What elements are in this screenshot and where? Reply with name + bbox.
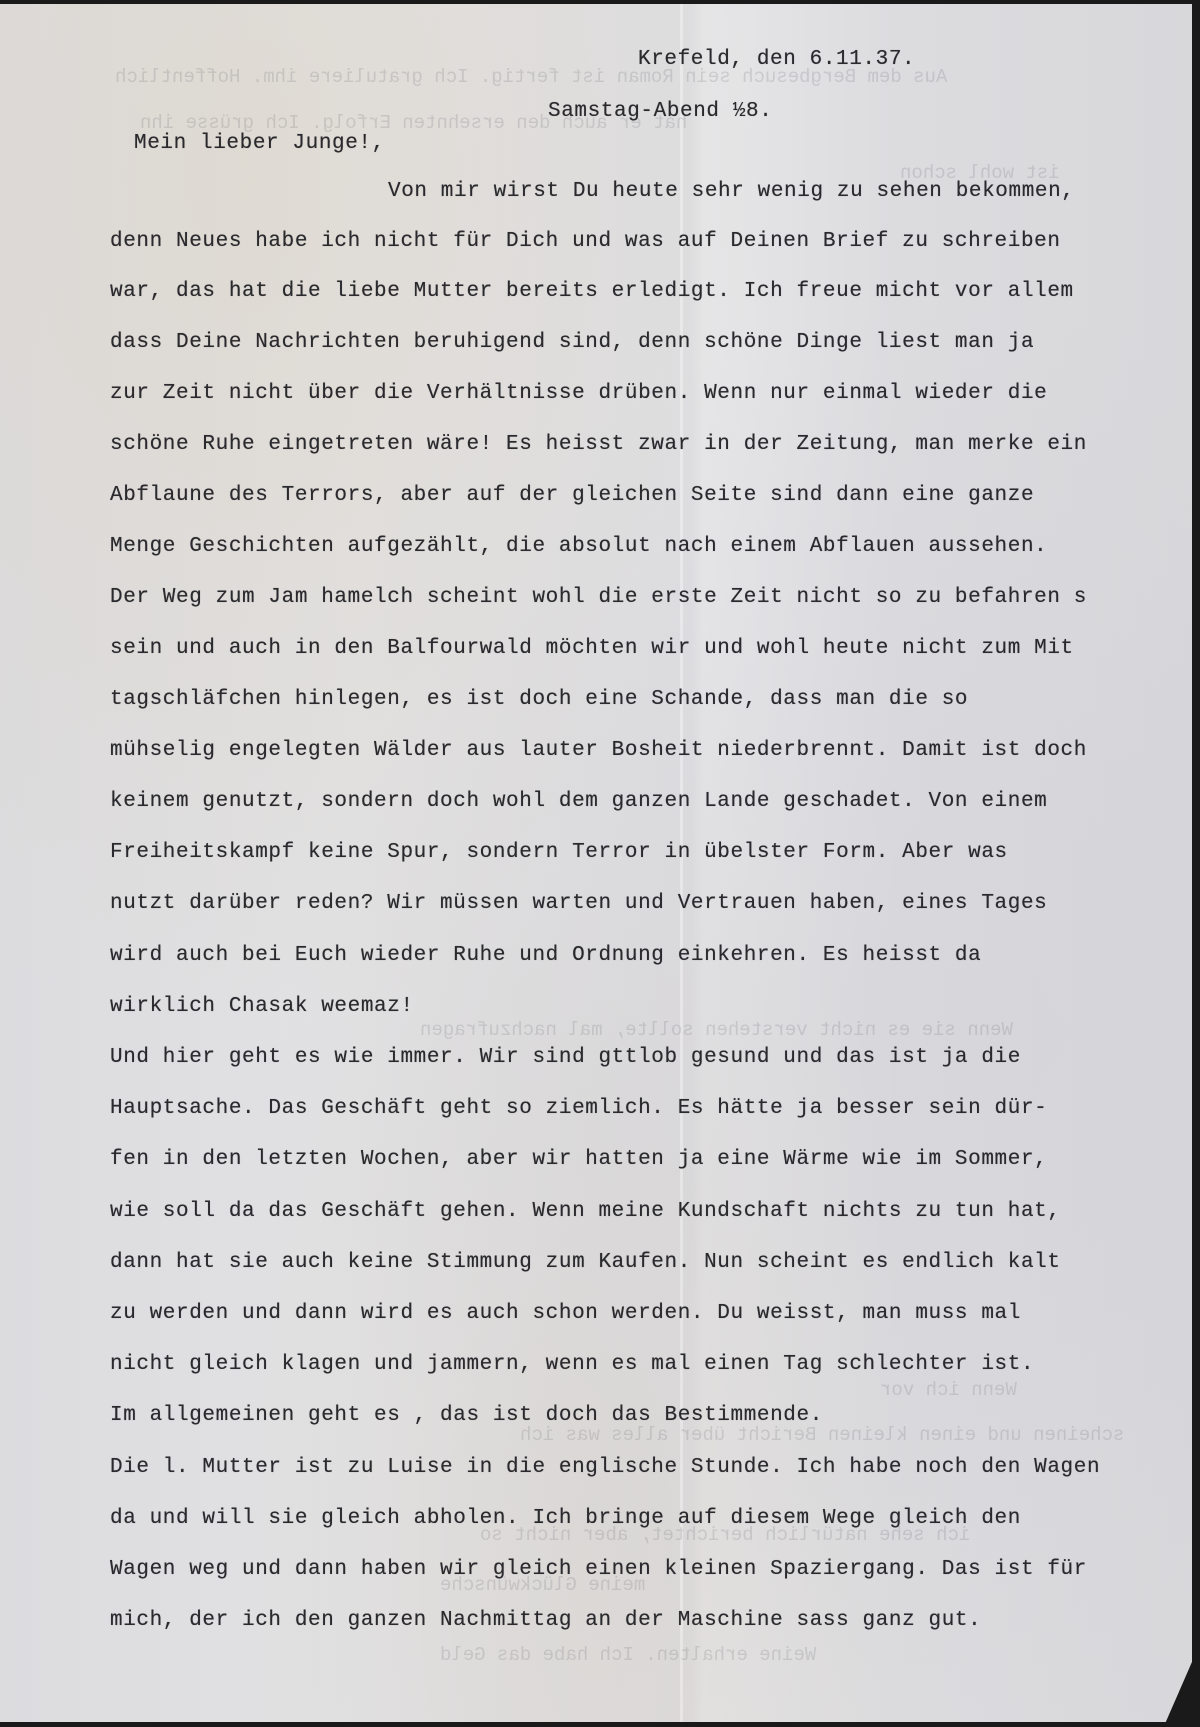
letter-line: nutzt darüber reden? Wir müssen warten u… (110, 892, 1047, 915)
letter-line: Von mir wirst Du heute sehr wenig zu seh… (388, 180, 1075, 203)
letter-line: Menge Geschichten aufgezählt, die absolu… (110, 535, 1047, 558)
letter-line: mich, der ich den ganzen Nachmittag an d… (110, 1609, 981, 1632)
letter-line: dann hat sie auch keine Stimmung zum Kau… (110, 1251, 1061, 1274)
letter-line: schöne Ruhe eingetreten wäre! Es heisst … (110, 433, 1087, 456)
letter-line: Abflaune des Terrors, aber auf der gleic… (110, 484, 1034, 507)
letter-line: Der Weg zum Jam hamelch scheint wohl die… (110, 586, 1087, 609)
bleed-through-text: Wenn ich vor (880, 1379, 1017, 1401)
letter-line: Die l. Mutter ist zu Luise in die englis… (110, 1456, 1100, 1479)
letter-line: Hauptsache. Das Geschäft geht so ziemlic… (110, 1097, 1047, 1120)
letter-line: wird auch bei Euch wieder Ruhe und Ordnu… (110, 944, 981, 967)
letter-page: Aus dem Bergbesuch sein Roman ist fertig… (0, 4, 1192, 1722)
letter-line: Freiheitskampf keine Spur, sondern Terro… (110, 841, 1008, 864)
letter-line: sein und auch in den Balfourwald möchten… (110, 637, 1074, 660)
letter-line: dass Deine Nachrichten beruhigend sind, … (110, 331, 1034, 354)
letter-line: Und hier geht es wie immer. Wir sind gtt… (110, 1046, 1021, 1069)
salutation: Mein lieber Junge!, (134, 132, 385, 155)
letter-line: zur Zeit nicht über die Verhältnisse drü… (110, 382, 1047, 405)
bleed-through-text: Wenn sie es nicht verstehen sollte, mal … (420, 1019, 1013, 1041)
letter-line: wie soll da das Geschäft gehen. Wenn mei… (110, 1200, 1061, 1223)
bleed-through-text: Weine erhalten. Ich habe das Geld (440, 1644, 816, 1666)
letter-line: da und will sie gleich abholen. Ich brin… (110, 1507, 1021, 1530)
place-date: Krefeld, den 6.11.37. (638, 48, 915, 71)
bleed-through-text: scheinen und einen kleinen Bericht über … (520, 1424, 1124, 1446)
letter-line: zu werden und dann wird es auch schon we… (110, 1302, 1021, 1325)
letter-line: mühselig engelegten Wälder aus lauter Bo… (110, 739, 1087, 762)
letter-line: tagschläfchen hinlegen, es ist doch eine… (110, 688, 968, 711)
letter-line: denn Neues habe ich nicht für Dich und w… (110, 230, 1061, 253)
letter-line: Wagen weg und dann haben wir gleich eine… (110, 1558, 1087, 1581)
letter-line: fen in den letzten Wochen, aber wir hatt… (110, 1148, 1047, 1171)
letter-line: Im allgemeinen geht es , das ist doch da… (110, 1404, 823, 1427)
letter-line: nicht gleich klagen und jammern, wenn es… (110, 1353, 1034, 1376)
day-time: Samstag-Abend ½8. (548, 100, 772, 123)
letter-line: keinem genutzt, sondern doch wohl dem ga… (110, 790, 1047, 813)
letter-line: war, das hat die liebe Mutter bereits er… (110, 280, 1074, 303)
letter-line: wirklich Chasak weemaz! (110, 995, 414, 1018)
